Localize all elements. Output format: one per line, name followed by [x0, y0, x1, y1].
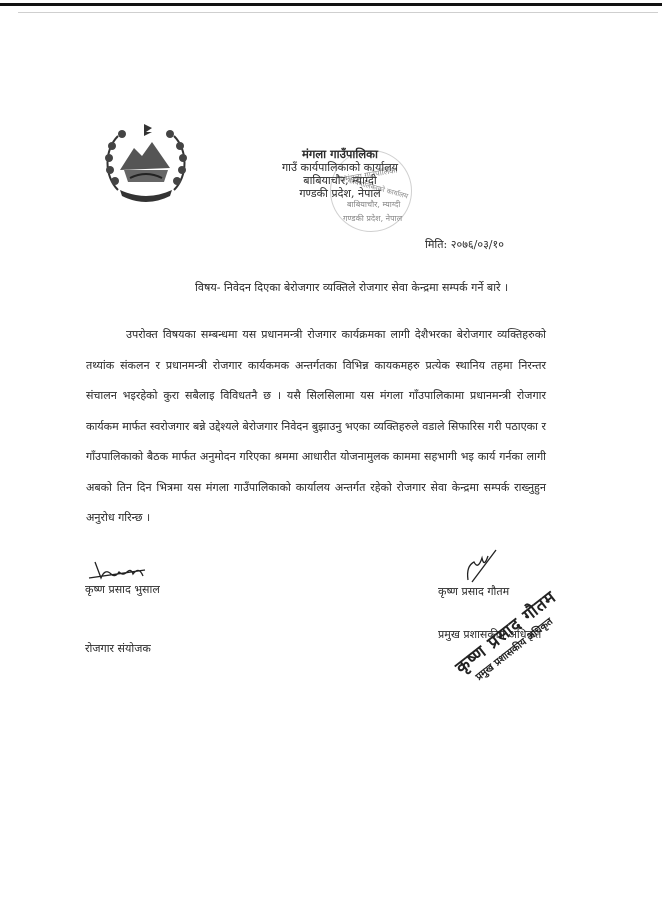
signatory-name: कृष्ण प्रसाद भुसाल	[85, 582, 175, 597]
scan-edge	[0, 3, 662, 6]
subject-line: विषय- निवेदन दिएका बेरोजगार व्यक्तिले रो…	[195, 280, 508, 295]
signature-bhusal-icon	[85, 560, 175, 582]
letter-date: मिति: २०७६/०३/१०	[425, 237, 504, 252]
date-label: मिति:	[425, 238, 447, 251]
stamp-line: बाबियाचौर, म्याग्दी	[347, 199, 400, 210]
signatory-role: रोजगार संयोजक	[85, 641, 175, 656]
signatory-left: कृष्ण प्रसाद भुसाल रोजगार संयोजक	[85, 560, 175, 656]
stamp-line: गण्डकी प्रदेश, नेपाल	[343, 213, 402, 224]
letter-body: उपरोक्त विषयका सम्बन्धमा यस प्रधानमन्त्र…	[86, 320, 546, 534]
signature-gautam-icon	[438, 548, 528, 584]
signatory-name: कृष्ण प्रसाद गौतम	[438, 584, 541, 599]
body-paragraph: उपरोक्त विषयका सम्बन्धमा यस प्रधानमन्त्र…	[86, 328, 546, 524]
office-round-stamp: मंगला गाउँपालिका गाउँ कार्यपालिकाको कार्…	[330, 150, 412, 232]
nepal-coat-of-arms-icon	[100, 120, 192, 210]
date-value: २०७६/०३/१०	[451, 238, 504, 251]
scan-shadow	[18, 12, 658, 13]
